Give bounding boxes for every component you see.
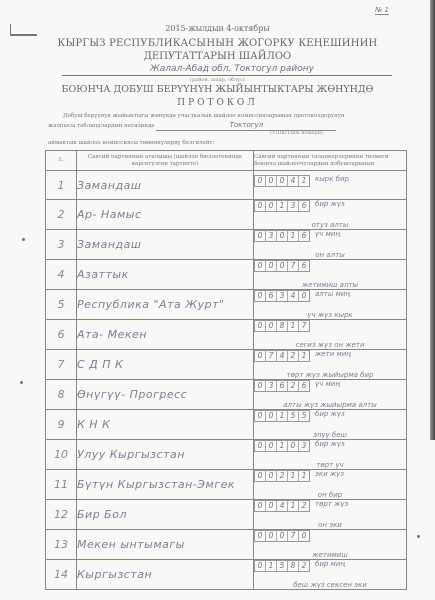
scan-edge-shadow — [430, 0, 435, 440]
row-number: 10 — [46, 440, 77, 470]
vote-digit: 4 — [288, 291, 299, 301]
vote-digit: 2 — [299, 501, 309, 511]
title-line-2: ДЕПУТАТТАРЫН ШАЙЛОО — [0, 51, 435, 62]
votes-words-line-1: кырк бир — [315, 175, 349, 183]
vote-digit: 0 — [299, 291, 309, 301]
votes-cell: 00155бир жүзэлүү беш — [254, 410, 407, 440]
vote-digit: 1 — [299, 471, 309, 481]
votes-words-line-2: жетимиш — [254, 551, 406, 559]
table-row: 2Ар- Намыс00136бир жүзотуз алты — [46, 200, 407, 230]
vote-digit: 1 — [288, 471, 299, 481]
vote-digit: 6 — [277, 381, 288, 391]
vote-digits: 00041 — [254, 175, 310, 187]
vote-digit: 1 — [288, 501, 299, 511]
votes-words-line-2: элүү беш — [254, 431, 406, 439]
votes-words-line-2: үч жүз кырк — [254, 311, 406, 319]
intro-text-2: жалпысы таблицалардын негизинде — [48, 123, 155, 129]
title-line-3: БОЮНЧА ДОБУШ БЕРҮҮНҮН ЖЫЙЫНТЫКТАРЫ ЖӨНҮН… — [0, 84, 435, 95]
votes-words-line-1: үч миң — [315, 380, 340, 388]
vote-digits: 00103 — [254, 440, 310, 452]
row-number: 13 — [46, 530, 77, 560]
document-date: 2015-жылдын 4-октябры — [0, 24, 435, 33]
intro-text-3: аймактык шайлоо комиссиясы төмөнкүлөрдү … — [48, 140, 214, 146]
votes-words-line-2: беш жүз сексен эки — [254, 581, 406, 589]
votes-words-line-2: төрт жүз жыйырма бир — [254, 371, 406, 379]
votes-words-line-1: үч миң — [315, 230, 340, 238]
vote-digit: 5 — [277, 561, 288, 571]
vote-digit: 0 — [288, 441, 299, 451]
vote-digits: 03626 — [254, 380, 310, 392]
votes-words-line-1: бир жүз — [315, 200, 345, 208]
party-name: Республика "Ата Журт" — [77, 290, 254, 320]
vote-digit: 1 — [277, 441, 288, 451]
table-row: 8Өнүгүү- Прогресс03626үч миңалты жүз жый… — [46, 380, 407, 410]
party-name: Улуу Кыргызстан — [77, 440, 254, 470]
votes-words-line-2: он бир — [254, 491, 406, 499]
document-title: ПРОТОКОЛ — [0, 98, 435, 108]
intro-paragraph: Добуш берүүнүн жыйынтыгы жөнүндө участка… — [48, 112, 408, 131]
vote-digit: 1 — [277, 201, 288, 211]
votes-words-line-2: сегиз жүз он жети — [254, 341, 406, 349]
vote-digit: 7 — [288, 261, 299, 271]
votes-cell: 03626үч миңалты жүз жыйырма алты — [254, 380, 407, 410]
vote-digit: 2 — [299, 561, 309, 571]
votes-cell: 00211эки жүзон бир — [254, 470, 407, 500]
vote-digit: 6 — [299, 261, 309, 271]
vote-digit: 6 — [299, 201, 309, 211]
vote-digit: 4 — [277, 501, 288, 511]
vote-digit: 4 — [288, 176, 299, 186]
party-name: Ата- Мекен — [77, 320, 254, 350]
vote-digit: 1 — [266, 561, 277, 571]
votes-words-line-1: төрт жүз — [315, 500, 348, 508]
vote-digit: 1 — [288, 321, 299, 331]
party-name: Өнүгүү- Прогресс — [77, 380, 254, 410]
votes-cell: 00103бир жүзтөрт үч — [254, 440, 407, 470]
vote-digit: 0 — [255, 291, 266, 301]
votes-words-line-1: бир миң — [315, 560, 345, 568]
vote-digit: 0 — [266, 176, 277, 186]
vote-digit: 0 — [277, 231, 288, 241]
header-num: 1. — [46, 151, 77, 171]
vote-digits: 00155 — [254, 410, 310, 422]
header-party-name: Саясий партиянын аталышы (шайлоо бюллете… — [77, 151, 254, 171]
vote-digit: 0 — [255, 231, 266, 241]
vote-digits: 00076 — [254, 260, 310, 272]
votes-words-line-2: алты жүз жыйырма алты — [254, 401, 406, 409]
row-number: 12 — [46, 500, 77, 530]
votes-words-line-1: бир жүз — [315, 440, 345, 448]
vote-digit: 6 — [266, 291, 277, 301]
vote-digits: 03016 — [254, 230, 310, 242]
vote-digits: 06340 — [254, 290, 310, 302]
table-row: 12Бир Бол00412төрт жүзон эки — [46, 500, 407, 530]
row-number: 9 — [46, 410, 77, 440]
table-row: 14Кыргызстан01582бир миңбеш жүз сексен э… — [46, 560, 407, 590]
row-number: 2 — [46, 200, 77, 230]
votes-words-line-1: эки жүз — [315, 470, 344, 478]
results-table: 1. Саясий партиянын аталышы (шайлоо бюлл… — [45, 150, 407, 590]
party-name: К Н К — [77, 410, 254, 440]
vote-digit: 0 — [255, 471, 266, 481]
row-number: 11 — [46, 470, 77, 500]
vote-digit: 7 — [299, 321, 309, 331]
votes-words-line-1: алты миң — [315, 290, 350, 298]
vote-digit: 0 — [255, 261, 266, 271]
scan-speck — [20, 381, 23, 384]
vote-digit: 0 — [266, 531, 277, 541]
row-number: 1 — [46, 171, 77, 200]
vote-digit: 0 — [266, 441, 277, 451]
vote-digit: 0 — [266, 201, 277, 211]
votes-cell: 00076жетимиш алты — [254, 260, 407, 290]
vote-digit: 0 — [255, 176, 266, 186]
vote-digit: 0 — [266, 411, 277, 421]
vote-digit: 4 — [277, 351, 288, 361]
vote-digit: 3 — [288, 201, 299, 211]
vote-digit: 3 — [299, 441, 309, 451]
vote-digit: 2 — [288, 381, 299, 391]
vote-digits: 00136 — [254, 200, 310, 212]
votes-words-line-1: бир жүз — [315, 410, 345, 418]
vote-digits: 00412 — [254, 500, 310, 512]
vote-digits: 01582 — [254, 560, 310, 572]
vote-digits: 00817 — [254, 320, 310, 332]
row-number: 7 — [46, 350, 77, 380]
vote-digit: 0 — [266, 321, 277, 331]
page-stamp: № 1 — [375, 6, 389, 15]
constituency-handwritten: Жалал-Абад обл. Токтогул району — [62, 64, 392, 76]
table-row: 13Мекен ынтымагы00070жетимиш — [46, 530, 407, 560]
vote-digit: 1 — [299, 176, 309, 186]
votes-words-line-2: отуз алты — [254, 221, 406, 229]
row-number: 3 — [46, 230, 77, 260]
vote-digit: 1 — [277, 411, 288, 421]
votes-words-line-2: жетимиш алты — [254, 281, 406, 289]
table-row: 1Замандаш00041кырк бир — [46, 171, 407, 200]
protocol-page: № 1 2015-жылдын 4-октябры КЫРГЫЗ РЕСПУБЛ… — [0, 0, 435, 600]
vote-digit: 2 — [277, 471, 288, 481]
vote-digit: 1 — [299, 351, 309, 361]
votes-cell: 00817сегиз жүз он жети — [254, 320, 407, 350]
fill-caption: (УШК/ТШК номери) — [270, 130, 323, 136]
party-name: Бүтүн Кыргызстан-Эмгек — [77, 470, 254, 500]
header-votes: Саясий партиянын талапкерлеринин тизмеги… — [254, 151, 407, 171]
party-name: Бир Бол — [77, 500, 254, 530]
vote-digit: 0 — [255, 441, 266, 451]
vote-digit: 0 — [255, 321, 266, 331]
table-row: 6Ата- Мекен00817сегиз жүз он жети — [46, 320, 407, 350]
vote-digit: 6 — [299, 381, 309, 391]
votes-cell: 00041кырк бир — [254, 171, 407, 200]
table-row: 10Улуу Кыргызстан00103бир жүзтөрт үч — [46, 440, 407, 470]
vote-digit: 0 — [277, 176, 288, 186]
row-number: 14 — [46, 560, 77, 590]
intro-text-1: Добуш берүүнүн жыйынтыгы жөнүндө участка… — [48, 112, 408, 121]
vote-digit: 0 — [255, 561, 266, 571]
vote-digit: 5 — [299, 411, 309, 421]
vote-digit: 3 — [277, 291, 288, 301]
row-number: 8 — [46, 380, 77, 410]
vote-digit: 3 — [266, 381, 277, 391]
party-name: Ар- Намыс — [77, 200, 254, 230]
vote-digit: 6 — [299, 231, 309, 241]
vote-digit: 0 — [255, 411, 266, 421]
votes-cell: 06340алты миңүч жүз кырк — [254, 290, 407, 320]
votes-words-line-2: он эки — [254, 521, 406, 529]
vote-digits: 00070 — [254, 530, 310, 542]
vote-digits: 07421 — [254, 350, 310, 362]
vote-digit: 0 — [277, 261, 288, 271]
votes-words-line-2: төрт үч — [254, 461, 406, 469]
table-row: 3Замандаш03016үч миңон алты — [46, 230, 407, 260]
vote-digit: 3 — [266, 231, 277, 241]
table-row: 11Бүтүн Кыргызстан-Эмгек00211эки жүзон б… — [46, 470, 407, 500]
vote-digit: 0 — [266, 261, 277, 271]
vote-digit: 0 — [255, 531, 266, 541]
row-number: 5 — [46, 290, 77, 320]
vote-digit: 0 — [255, 351, 266, 361]
vote-digit: 0 — [255, 201, 266, 211]
constituency-caption: (район, шаар, облус) — [190, 77, 245, 83]
vote-digit: 8 — [277, 321, 288, 331]
vote-digit: 0 — [266, 501, 277, 511]
party-name: Замандаш — [77, 171, 254, 200]
title-line-1: КЫРГЫЗ РЕСПУБЛИКАСЫНЫН ЖОГОРКУ КЕҢЕШИНИН — [0, 38, 435, 49]
row-number: 6 — [46, 320, 77, 350]
table-row: 4Азаттык00076жетимиш алты — [46, 260, 407, 290]
table-row: 7С Д П К07421жети миңтөрт жүз жыйырма би… — [46, 350, 407, 380]
vote-digit: 8 — [288, 561, 299, 571]
scan-speck — [22, 238, 25, 241]
vote-digit: 2 — [288, 351, 299, 361]
vote-digit: 0 — [255, 501, 266, 511]
row-number: 4 — [46, 260, 77, 290]
party-name: Кыргызстан — [77, 560, 254, 590]
vote-digit: 7 — [266, 351, 277, 361]
scan-speck — [417, 535, 420, 538]
votes-cell: 00070жетимиш — [254, 530, 407, 560]
votes-cell: 07421жети миңтөрт жүз жыйырма бир — [254, 350, 407, 380]
votes-words-line-2: он алты — [254, 251, 406, 259]
table-row: 5Республика "Ата Журт"06340алты миңүч жү… — [46, 290, 407, 320]
intro-line-2: жалпысы таблицалардын негизинде Токтогул — [48, 121, 408, 131]
vote-digit: 1 — [288, 231, 299, 241]
votes-cell: 03016үч миңон алты — [254, 230, 407, 260]
party-name: С Д П К — [77, 350, 254, 380]
party-name: Замандаш — [77, 230, 254, 260]
votes-cell: 00136бир жүзотуз алты — [254, 200, 407, 230]
vote-digits: 00211 — [254, 470, 310, 482]
table-row: 9К Н К00155бир жүзэлүү беш — [46, 410, 407, 440]
vote-digit: 0 — [266, 471, 277, 481]
vote-digit: 7 — [288, 531, 299, 541]
votes-cell: 01582бир миңбеш жүз сексен эки — [254, 560, 407, 590]
votes-cell: 00412төрт жүзон эки — [254, 500, 407, 530]
vote-digit: 5 — [288, 411, 299, 421]
vote-digit: 0 — [277, 531, 288, 541]
party-name: Мекен ынтымагы — [77, 530, 254, 560]
vote-digit: 0 — [255, 381, 266, 391]
party-name: Азаттык — [77, 260, 254, 290]
vote-digit: 0 — [299, 531, 309, 541]
votes-words-line-1: жети миң — [315, 350, 351, 358]
